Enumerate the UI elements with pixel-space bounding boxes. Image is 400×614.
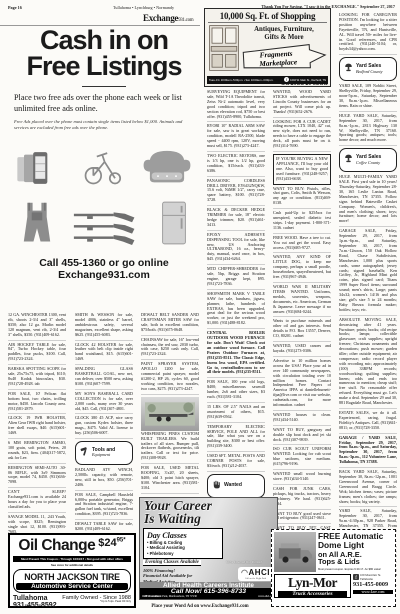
mini-fridge-image	[155, 199, 193, 247]
section-title: Yard SalesBedford County	[356, 64, 382, 74]
classified-ad: 15 LBS. OF 2.5" NAILS and an assortment …	[207, 405, 265, 423]
fragments-address: 1002 W. Main St., Decherd, TN	[290, 79, 326, 82]
lynmor-fine-print: Must present coupon. Expires 9.30.17. An…	[318, 568, 383, 571]
classified-ad-text: USED 6FT. METAL POSTS AND CORNER POSTS f…	[207, 453, 265, 468]
logo-suffix: 931.com	[178, 18, 193, 23]
product-images-row-2	[8, 197, 200, 247]
classified-ad-text: HUGE MULTI-FAMILY YARD SALE. First yard …	[339, 174, 397, 223]
sign-line2: Marketplace	[258, 57, 298, 68]
logo-text: Exchange	[143, 13, 178, 23]
lynmor-name-box: Lyn-Mor Truck Accessories	[274, 574, 351, 598]
classified-ad-text: 6 MM REMINGTON AMMO, 100 grain, soft poi…	[8, 440, 66, 460]
headline-line1: Cash in on	[8, 28, 200, 54]
classified-ad: HUGE YARD SALE, Saturday, September 30, …	[339, 114, 397, 146]
accreditation-note: COE Accredited	[142, 595, 160, 598]
classified-ad-text: TWO ELECTRIC MOTORS, one is 1/3 hp, one …	[207, 153, 265, 173]
classified-ad: GLOCK 42 HOLSTER for sale, leather with …	[75, 343, 133, 366]
classified-ad-text: LOOKING FOR A CUB CADET riding mower, LT…	[273, 119, 331, 149]
phone-cta: Call 455-1360 or go online Exchange931.c…	[8, 257, 200, 281]
classified-ad-text: BLACK & DECKER HEDGE TRIMMER for sale, 1…	[207, 207, 265, 227]
exchange-logo: Exchange931.com	[143, 13, 193, 23]
classified-ad-text: CHAINSAW for sale, 16" low-end chainsaw,…	[141, 337, 199, 357]
oil-title: Oil Change	[18, 537, 95, 555]
classified-ad-text: FOR SALE, USED METAL ROOFING, 3'x20', 20…	[141, 465, 199, 490]
classified-ad: YARD SALE, 109 Noblitt Street, Shelbyvil…	[339, 84, 397, 112]
classified-ad: EPOXY ADHESIVE DISPENSING TOOL for sale,…	[207, 233, 265, 265]
business-box: NORTH JACKSON TIRE Automotive Service Ce…	[13, 569, 131, 593]
business-phone: 931-455-8592	[13, 602, 57, 610]
classified-ad-text: SAVAGE MODEL 11, .243 Youth, with scope,…	[8, 514, 66, 534]
classified-ad-text: ESTATE SALES, we do it all. Experienced,…	[339, 410, 397, 430]
classified-ad-text: GLOCK 380 45 ACP, nice carry gun, custom…	[75, 415, 133, 435]
classified-ad-text: FOR SALE, 100 year old logs, $400; misce…	[207, 379, 265, 399]
classified-ad-text: MY SON'S BASEBALL CARD COLLECTION is for…	[75, 391, 133, 411]
classified-ad: FOR SALE, 10' Pelican flat bottom boat, …	[8, 392, 66, 415]
classified-ad: REMINGTON SEMI-AUTO .30-06 RIFLE, with 3…	[8, 466, 66, 489]
headline-divider	[82, 86, 126, 87]
page-number: Page 16	[8, 6, 22, 11]
word-ad-note: Place your Word Ad on www.Exchange931.co…	[100, 604, 300, 609]
classified-ad-text: DEWALT TABLE SAW for sale, $200. (931)40…	[75, 521, 133, 531]
coupon-details: See store for additional details	[13, 563, 131, 567]
section-title: Wanted	[224, 483, 242, 488]
section-header: Yard SalesBedford County	[339, 57, 397, 81]
ahci-career-ad: Your Career Is Waiting Day Classes • Bil…	[139, 497, 278, 600]
ahci-logo-subtitle: Call on the Right Path	[241, 577, 270, 580]
classified-ad-text: WANTED houses to clean. (931)434-5140.	[273, 412, 331, 422]
oil-price: $2495*	[98, 537, 125, 549]
classified-ad: WORLD WAR II MILITARY ITEMS WANTED. Unif…	[273, 285, 331, 317]
classified-ad-text: REMINGTON SEMI-AUTO .30-06 RIFLE, with 3…	[8, 465, 66, 485]
classified-ad: MTD CHIPPER-SHREDDER for sale, 5hp, Brig…	[207, 267, 265, 290]
headline-line2: Free Listings	[8, 54, 200, 80]
offer-tops-lids: Tops & Lids	[318, 558, 383, 566]
classified-ad-text: SPALDING GLASS BASKETBALL GOAL, new net,…	[75, 366, 133, 386]
classified-ad-text: SURVEYING EQUIPMENT for sale, Wild T-1A …	[207, 90, 265, 119]
classified-ad: WANT TO BUY: Pistols, rifles, shot guns,…	[273, 187, 331, 210]
classified-ad: PAINT SPRAYER SYSTEM, APOLLO 1200 for sa…	[141, 362, 199, 394]
classified-ad-text: FREE WOOD. Have a tree to cut. You cut a…	[273, 235, 331, 250]
classified-ad-text: AIR HOCKEY TABLE for sale, 84", Turbo Ho…	[8, 342, 66, 362]
overalls-image	[15, 199, 59, 247]
fragments-hours: Tues.-Fri. 10:00a.m.-5:00p.m. • Sat. 10:…	[209, 79, 273, 82]
classified-ad-text: YARD SALE, 109 Noblitt Street, Shelbyvil…	[339, 83, 397, 108]
ahci-logo-text: AHCI	[248, 568, 270, 577]
section-header: Wanted	[207, 474, 265, 498]
classified-ad: HUGE MULTI-FAMILY YARD SALE. First yard …	[339, 175, 397, 227]
classified-ad: WANTED, ANY KIND OF LITTLE DOG, to keep …	[273, 255, 331, 283]
classified-ad: SHOPSMITH MARK V TABLE SAW for sale, ban…	[207, 292, 265, 329]
classified-ad-text: SMITH & WESSON for sale, model 4006, sta…	[75, 313, 133, 337]
lynmor-name: Lyn-Mor	[278, 575, 347, 591]
classified-ad-text: WANTED small wood burning stove. (931)43…	[273, 471, 331, 481]
classified-ad: PANASONIC CORDLESS DRILL DRIVER, EY6432N…	[207, 179, 265, 207]
coupon-terms: Must Present This Coupon • Through 10/31…	[13, 556, 131, 562]
tuition-note: We've Lowered Our Tuition!	[226, 560, 262, 564]
edition-region: Tullahoma • Lynchburg • Normandy	[113, 6, 174, 11]
oil-change-ad: Oil Change $2495* Must Present This Coup…	[8, 533, 136, 608]
classified-ad: GARAGE / YARD SALE, Friday, September 29…	[339, 436, 397, 468]
classified-ad: FOR SALE, 100 year old logs, $400; misce…	[207, 380, 265, 403]
classified-ad-text: IF YOU'RE BUYING A NEW APPLIANCE, I'll b…	[276, 156, 328, 181]
ad-fine-print: Free Ads placed over the phone must cont…	[14, 119, 194, 131]
classified-ad-text: ABSOLUTE MOVING SALE, downsizing after 4…	[339, 317, 397, 405]
classified-ad-text: WORLD WAR II MILITARY ITEMS WANTED. Unif…	[273, 284, 331, 314]
fragments-arrow-sign: Fragments Marketplace	[241, 41, 329, 77]
classified-ad-text: SHOPSMITH MARK V TABLE SAW for sale, ban…	[207, 291, 265, 325]
classified-ad-text: WANTED, WOOD YARD STICKS with advertisem…	[273, 90, 331, 114]
smartphones-image	[14, 147, 64, 189]
lynmor-offer-line2: on All A.R.E. Tops & Lids	[318, 551, 383, 567]
fragments-tagline-1: Antiques, Furniture,	[240, 26, 328, 34]
classified-ad: CENTRAL BOILER OUTDOOR WOOD FURNACE for …	[207, 331, 265, 378]
classified-ad: 6 MM REMINGTON AMMO, 100 grain, soft poi…	[8, 441, 66, 464]
hammer-icon	[79, 444, 90, 462]
career-headline: Your Career Is Waiting	[140, 498, 277, 526]
classified-ad: WANTED, USED canoes and kayaks. (931)273…	[273, 344, 331, 357]
classified-ad: ESTATE SALES, we do it all. Experienced,…	[339, 411, 397, 434]
facebook-icon: f	[284, 77, 289, 83]
classified-ad: BACK YARD SALE, Saturday, September 30, …	[339, 470, 397, 507]
ad-headline: Cash in on Free Listings	[8, 28, 200, 79]
lamp-icon	[343, 151, 354, 169]
classified-ad-text: PAINT SPRAYER SYSTEM, APOLLO 1200 for sa…	[141, 361, 199, 391]
classified-ad: WANTED, WOOD YARD STICKS with advertisem…	[273, 90, 331, 118]
lynmor-subtitle: Truck Accessories	[278, 591, 347, 597]
classified-ad: ABSOLUTE MOVING SALE, downsizing after 4…	[339, 318, 397, 409]
classified-ad-text: 12 GA. WINCHESTER 1300, vent rib, shoots…	[8, 313, 66, 337]
classified-ad-text: ISO CUB SCOUT UNIFORM WANTED. Looking fo…	[273, 446, 331, 466]
classified-ad: BLACK & DECKER HEDGE TRIMMER for sale, 1…	[207, 208, 265, 231]
price-dollars: $24	[98, 537, 116, 549]
classified-ad-text: EPOXY ADHESIVE DISPENSING TOOL for sale,…	[207, 232, 265, 262]
classified-ad: CHAINSAW for sale, 16" low-end chainsaw,…	[141, 338, 199, 361]
classified-ad: IF YOU'RE BUYING A NEW APPLIANCE, I'll b…	[273, 154, 331, 185]
classified-ad-text: WHISPERING PINES CUSTOM BUILT TRAILERS. …	[141, 431, 199, 461]
classified-ad-text: 15 LBS. OF 2.5" NAILS and an assortment …	[207, 404, 265, 419]
classified-ad: WANTED small wood burning stove. (931)43…	[273, 472, 331, 485]
classified-ad: TWO ELECTRIC MOTORS, one is 1/3 hp, one …	[207, 154, 265, 177]
classified-ad-text: PANASONIC CORDLESS DRILL DRIVER, EY6432N…	[207, 178, 265, 203]
classified-ad-text: GLOCK 19 IWB HOLSTER, Alien Gear IWB rig…	[8, 415, 66, 435]
career-line2: Is Waiting	[144, 513, 277, 526]
classified-ad-text: BADLAND ATV WINCH, 2,500lb. capacity, wi…	[75, 467, 133, 487]
classified-ad: 12 GA. WINCHESTER 1300, vent rib, shoots…	[8, 313, 66, 341]
section-title: Tools andEquipment	[92, 448, 115, 458]
classified-ad: LOOKING FOR A CUB CADET riding mower, LT…	[273, 120, 331, 152]
classified-ad-text: FOR SALE, Campbell Hausfeld 6,000w porta…	[75, 492, 133, 517]
business-city: Tullahoma	[13, 595, 57, 603]
classified-ad: SMITH & WESSON for sale, model 4006, sta…	[75, 313, 133, 341]
classified-ad: WANT TO BUY good used stove and refriger…	[273, 512, 331, 525]
classified-ad-text: CENTRAL BOILER OUTDOOR WOOD FURNACE for …	[207, 330, 265, 374]
business-name: NORTH JACKSON TIRE	[16, 572, 128, 582]
lynmor-offer-line1: FREE Automatic Dome Light	[318, 532, 383, 550]
price-cents: 95*	[117, 537, 126, 543]
classified-ad-text: WANT TO BUY: Pistols, rifles, shot guns,…	[273, 186, 331, 206]
hand-icon	[211, 477, 222, 495]
classified-column-6: LOOKING FOR CAREGIVER POSITION. I'm look…	[339, 13, 397, 607]
classified-ad: CASH FOR JUNK CARS, pickups, big trucks,…	[273, 487, 331, 510]
lynmor-ad: FREE Automatic Dome Light on All A.R.E. …	[271, 529, 396, 607]
fragments-header: 10,000 Sq. Ft. of Shopping	[208, 11, 327, 23]
fragments-tagline-2: Gifts & More	[240, 34, 328, 42]
classified-ad-text: CAN'T SLEEP? Exchange931.com is availabl…	[8, 489, 66, 509]
classified-ad-text: WANTED, ANY KIND OF LITTLE DOG, to keep …	[273, 254, 331, 279]
offer-dome-light: Dome Light	[318, 541, 383, 550]
free-listings-ad: Cash in on Free Listings Place two free …	[8, 28, 200, 310]
ad-subhead: Place two free ads over the phone each w…	[14, 93, 194, 114]
classified-ad: WANTED houses to clean. (931)434-5140.	[273, 413, 331, 426]
classified-ad: TEMPORARY ELECTRIC SERVICE, POLE AND ALL…	[207, 425, 265, 453]
classified-ad-text: CASH FOR JUNK CARS, pickups, big trucks,…	[273, 486, 331, 506]
rifles-image	[72, 207, 142, 247]
product-images-row-1	[8, 139, 200, 189]
ahci-logo: ◠AHCI Call on the Right Path	[238, 567, 273, 581]
classified-ad-text: DEWALT BELT SANDER AND CRAFTSMAN MITER S…	[141, 313, 199, 332]
classified-ad: GLOCK 19 IWB HOLSTER, Alien Gear IWB rig…	[8, 416, 66, 439]
classified-ad: SPALDING GLASS BASKETBALL GOAL, new net,…	[75, 367, 133, 390]
classified-ad: FOR SALE, USED METAL ROOFING, 3'x20', 20…	[141, 466, 199, 494]
facebook-icon: f	[353, 574, 359, 581]
lynmor-address2: Tullahoma	[360, 577, 373, 581]
classified-ad-text: Advertise to 10 million homes across the…	[273, 358, 331, 407]
classified-ad: GARAGE SALE, Friday, September 29, 2017,…	[339, 229, 397, 315]
class-bullet-3: • Phlebotomy	[147, 551, 219, 557]
classified-ad: FREE WOOD. Have a tree to cut. You cut a…	[273, 236, 331, 254]
armchair-image	[140, 147, 194, 189]
classified-ad: GLOCK 380 45 ACP, nice carry gun, custom…	[75, 416, 133, 439]
section-header: Tools andEquipment	[75, 441, 133, 465]
classified-ad-text: GARAGE / YARD SALE, Friday, September 29…	[339, 435, 397, 465]
evening-classes-note: Evening Classes Available	[143, 560, 201, 566]
classified-ad: BADLAND ATV WINCH, 2,500lb. capacity, wi…	[75, 468, 133, 491]
lynmor-website: www.4are.com	[353, 590, 393, 594]
classified-ad-text: WANT TO BUY, gangway and double slip boa…	[273, 427, 331, 442]
classified-ad-text: Wants to purchase minerals and other oil…	[273, 318, 331, 338]
classified-ad: FOR SALE, Campbell Hausfeld 6,000w porta…	[75, 493, 133, 521]
newspaper-page: Page 16 Tullahoma • Lynchburg • Normandy…	[0, 0, 400, 614]
day-classes-title: Day Classes	[147, 531, 219, 540]
classified-ad: Wants to purchase minerals and other oil…	[273, 319, 331, 342]
classified-ad: RYOBI 10" RADIAL ARM SAW for sale, saw i…	[207, 124, 265, 152]
classified-ad-text: BACK YARD SALE, Saturday, September 30, …	[339, 469, 397, 503]
day-classes-box: Day Classes • Billing & Coding • Medical…	[143, 528, 223, 559]
lynmor-phone: 931-455-0009	[353, 581, 393, 588]
classified-ad: Advertise to 10 million homes across the…	[273, 359, 331, 411]
classified-ad-text: RYOBI 10" RADIAL ARM SAW for sale, saw i…	[207, 123, 265, 148]
classified-ad: USED 6FT. METAL POSTS AND CORNER POSTS f…	[207, 454, 265, 472]
fragments-marketplace-ad: 10,000 Sq. Ft. of Shopping Antiques, Fur…	[204, 8, 331, 87]
classified-ad-text: MTD CHIPPER-SHREDDER for sale, 5hp, Brig…	[207, 266, 265, 286]
classified-ad: SURVEYING EQUIPMENT for sale, Wild T-1A …	[207, 90, 265, 122]
business-subtitle: Automotive Service Center	[16, 583, 128, 590]
classified-ad: ISO CUB SCOUT UNIFORM WANTED. Looking fo…	[273, 447, 331, 470]
classified-ad-text: LOOKING FOR CAREGIVER POSITION. I'm look…	[339, 13, 397, 51]
classified-ad-text: WANTED, USED canoes and kayaks. (931)273…	[273, 343, 331, 353]
fragments-footer: Tues.-Fri. 10:00a.m.-5:00p.m. • Sat. 10:…	[207, 76, 328, 84]
classified-ad: BARSKA SPOTTING SCOPE for sale, 25x75x75…	[8, 367, 66, 390]
classified-ad: Cash paid-Up to $25/box for unexpired, s…	[273, 211, 331, 234]
trailer-photo	[141, 397, 199, 431]
section-header: Yard SalesCoffee County	[339, 148, 397, 172]
classified-ad-text: FOR SALE, 10' Pelican flat bottom boat, …	[8, 391, 66, 411]
classified-ad: LOOKING FOR CAREGIVER POSITION. I'm look…	[339, 13, 397, 55]
classified-ad: WANT TO BUY, gangway and double slip boa…	[273, 428, 331, 446]
classified-ad: CAN'T SLEEP? Exchange931.com is availabl…	[8, 490, 66, 513]
ahci-contact-bar: Call Now! 615-396-8733 1233 Commerce Par…	[140, 588, 277, 599]
tricycle-image	[76, 145, 128, 189]
classified-ad: DEWALT BELT SANDER AND CRAFTSMAN MITER S…	[141, 313, 199, 336]
classified-ad-text: GARAGE SALE, Friday, September 29, 2017,…	[339, 228, 397, 312]
call-now-line: Call Now! 615-396-8733	[140, 588, 277, 595]
classified-ad-text: WANT TO BUY good used stove and refriger…	[273, 511, 331, 521]
classified-ad-text: Cash paid-Up to $25/box for unexpired, s…	[273, 210, 331, 230]
classified-ad: WHISPERING PINES CUSTOM BUILT TRAILERS. …	[141, 397, 199, 464]
classified-ad-text: GLOCK 42 HOLSTER for sale, leather with …	[75, 342, 133, 362]
fragments-tagline: Antiques, Furniture, Gifts & More	[240, 26, 328, 42]
section-title: Yard SalesCoffee County	[356, 155, 381, 165]
truck-photo	[274, 532, 316, 572]
lamp-icon	[343, 60, 354, 78]
classified-ad-text: TEMPORARY ELECTRIC SERVICE, POLE AND ALL…	[207, 424, 265, 449]
classified-ad: AIR HOCKEY TABLE for sale, 84", Turbo Ho…	[8, 343, 66, 366]
classified-ad-text: BARSKA SPOTTING SCOPE for sale, 25x75x75…	[8, 366, 66, 386]
classified-ad: MY SON'S BASEBALL CARD COLLECTION is for…	[75, 392, 133, 415]
classified-ad-text: HUGE YARD SALE, Saturday, September 30, …	[339, 113, 397, 143]
